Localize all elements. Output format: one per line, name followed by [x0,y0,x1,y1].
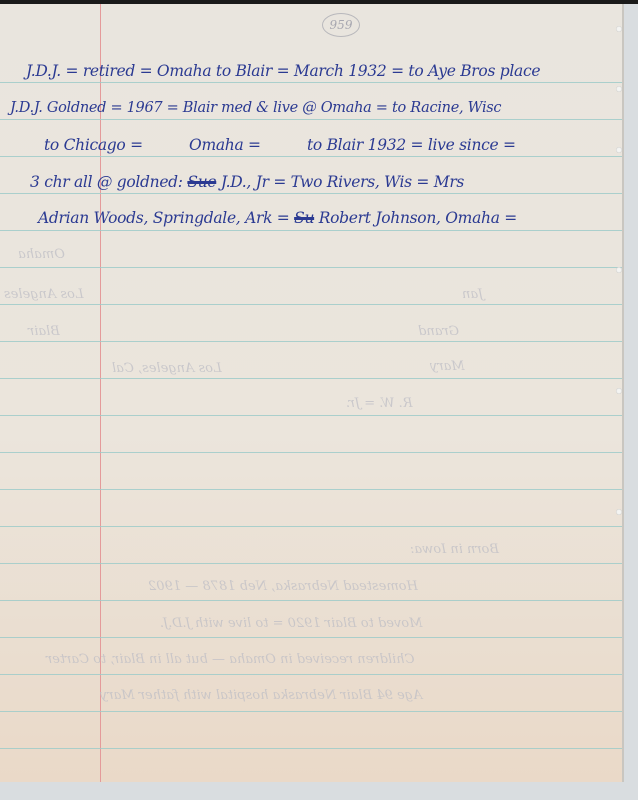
ruled-line [0,637,622,638]
bleed-through-text: Homestead Nebraska, Neb 1878 — 1902 [148,579,418,594]
ruled-line [0,267,622,268]
ruled-line [0,341,622,342]
struck-text: Sue [187,173,216,191]
handwritten-line: J.D.J. = retired = Omaha to Blair = Marc… [26,62,540,80]
punch-hole [616,388,622,394]
ruled-line [0,230,622,231]
bleed-through-text: Los Angeles [4,287,84,302]
ruled-line [0,82,622,83]
ruled-line [0,452,622,453]
punch-hole [616,147,622,153]
line-text: J.D., Jr = Two Rivers, Wis = Mrs [221,173,464,191]
line-text: 3 chr all @ goldned: [30,173,183,191]
handwritten-line: Adrian Woods, Springdale, Ark = Su Rober… [38,209,517,227]
bleed-through-text: Grand [418,324,459,339]
ruled-line [0,526,622,527]
notebook-page: 959 Omaha Los Angeles Blair Los Angeles,… [0,4,622,782]
ruled-line [0,378,622,379]
bleed-through-text: Mary [430,359,465,374]
bleed-through-text: R. W. = Jr. [346,396,413,411]
ruled-line [0,711,622,712]
ruled-line [0,600,622,601]
ruled-line [0,156,622,157]
ruled-line [0,563,622,564]
struck-text: Su [294,209,314,227]
bleed-through-text: Moved to Blair 1920 = to live with J.D.J… [160,616,422,631]
bleed-through-text: Children received in Omaha — but all in … [46,652,415,667]
line-text: Robert Johnson, Omaha = [319,209,517,227]
handwritten-line: to Chicago = Omaha = to Blair 1932 = liv… [44,136,516,154]
bleed-through-text: Born in Iowa: [410,542,499,557]
bleed-through-text: Blair [28,324,60,339]
punch-hole [616,267,622,273]
punch-hole [616,26,622,32]
bleed-through-text: Los Angeles, Cal [112,361,222,376]
ruled-line [0,674,622,675]
ruled-line [0,304,622,305]
punch-hole [616,509,622,515]
ruled-line [0,119,622,120]
handwritten-line: J.D.J. Goldned = 1967 = Blair med & live… [10,100,501,116]
bleed-through-text: Omaha [18,247,65,262]
handwritten-line: 3 chr all @ goldned: Sue J.D., Jr = Two … [30,173,464,191]
ruled-line [0,193,622,194]
ruled-line [0,748,622,749]
ruled-line [0,489,622,490]
page-number: 959 [322,13,360,37]
line-text: Adrian Woods, Springdale, Ark = [38,209,289,227]
bleed-through-text: Jan [462,287,483,302]
bleed-through-text: Age 94 Blair Nebraska hospital with fath… [100,688,422,703]
ruled-line [0,415,622,416]
punch-hole [616,86,622,92]
